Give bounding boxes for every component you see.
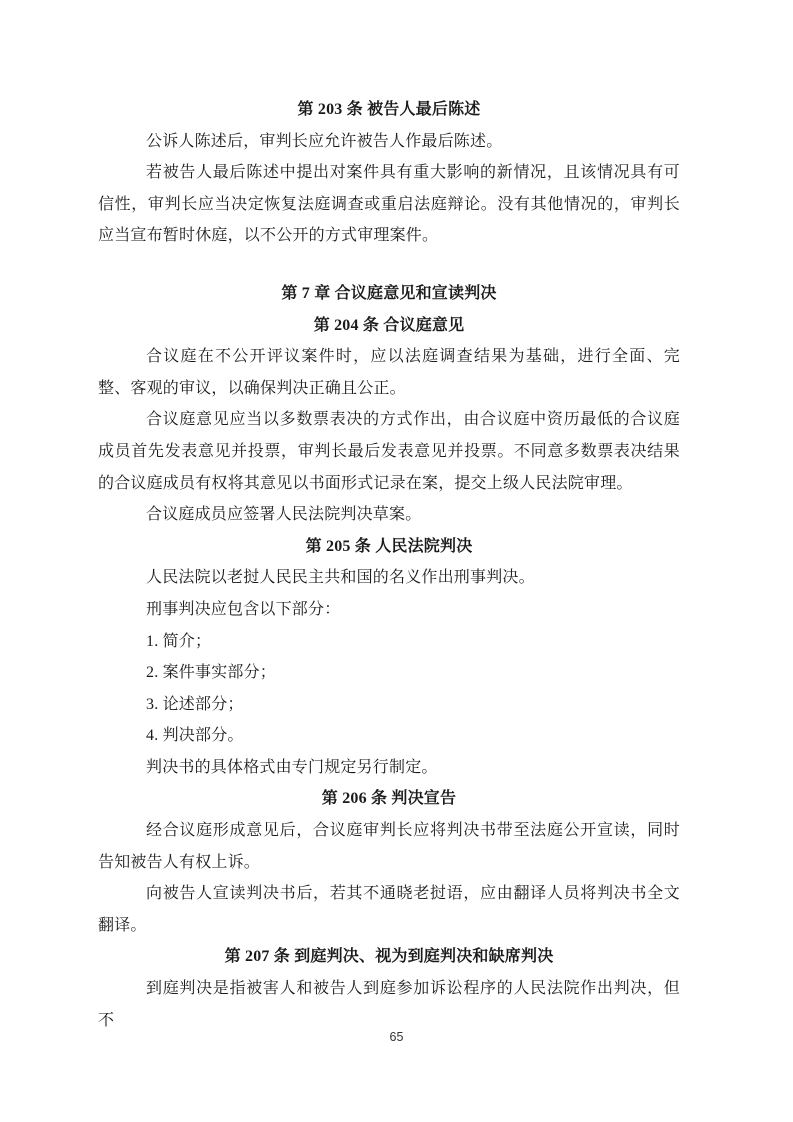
paragraph: 合议庭意见应当以多数票表决的方式作出，由合议庭中资历最低的合议庭成员首先发表意见… — [98, 404, 680, 499]
paragraph: 经合议庭形成意见后，合议庭审判长应将判决书带至法庭公开宣读，同时告知被告人有权上… — [98, 815, 680, 878]
page-number: 65 — [0, 1029, 793, 1045]
article-heading: 第 205 条 人民法院判决 — [98, 531, 680, 563]
paragraph: 公诉人陈述后，审判长应允许被告人作最后陈述。 — [98, 126, 680, 158]
paragraph: 刑事判决应包含以下部分： — [98, 594, 680, 626]
paragraph: 到庭判决是指被害人和被告人到庭参加诉讼程序的人民法院作出判决，但不 — [98, 973, 680, 1036]
paragraph: 判决书的具体格式由专门规定另行制定。 — [98, 752, 680, 784]
document-body: 第 203 条 被告人最后陈述公诉人陈述后，审判长应允许被告人作最后陈述。若被告… — [98, 94, 680, 1036]
document-page: 第 203 条 被告人最后陈述公诉人陈述后，审判长应允许被告人作最后陈述。若被告… — [0, 0, 793, 1122]
article-heading: 第 207 条 到庭判决、视为到庭判决和缺席判决 — [98, 941, 680, 973]
article-heading: 第 206 条 判决宣告 — [98, 783, 680, 815]
paragraph: 合议庭成员应签署人民法院判决草案。 — [98, 499, 680, 531]
chapter-heading: 第 7 章 合议庭意见和宣读判决 — [98, 278, 680, 310]
paragraph: 向被告人宣读判决书后，若其不通晓老挝语，应由翻译人员将判决书全文翻译。 — [98, 878, 680, 941]
paragraph: 合议庭在不公开评议案件时，应以法庭调查结果为基础，进行全面、完整、客观的审议，以… — [98, 341, 680, 404]
article-heading: 第 204 条 合议庭意见 — [98, 310, 680, 342]
list-item: 1. 简介； — [98, 626, 680, 658]
list-item: 3. 论述部分； — [98, 689, 680, 721]
paragraph: 人民法院以老挝人民民主共和国的名义作出刑事判决。 — [98, 562, 680, 594]
list-item: 4. 判决部分。 — [98, 720, 680, 752]
article-heading: 第 203 条 被告人最后陈述 — [98, 94, 680, 126]
list-item: 2. 案件事实部分； — [98, 657, 680, 689]
paragraph: 若被告人最后陈述中提出对案件具有重大影响的新情况，且该情况具有可信性，审判长应当… — [98, 157, 680, 252]
